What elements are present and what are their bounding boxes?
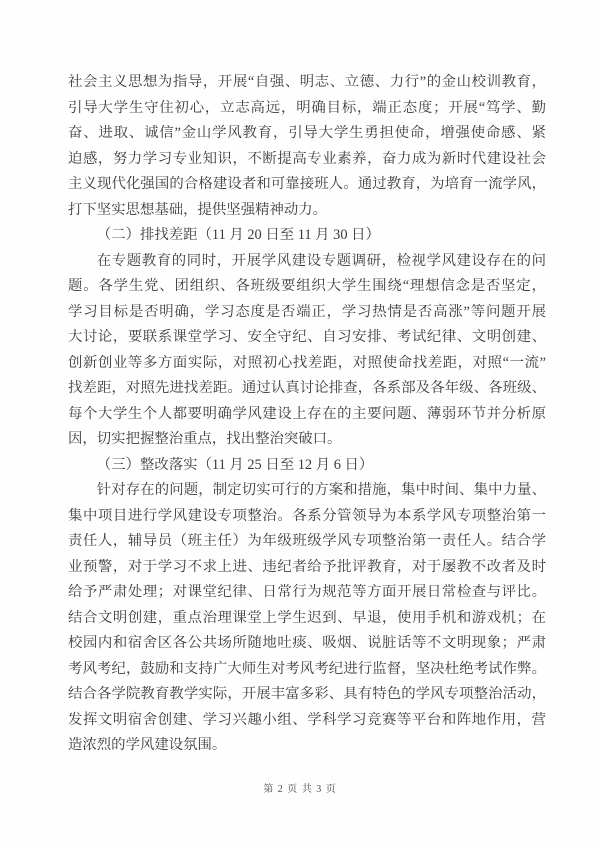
text-line: 学习目标是否明确，学习态度是否端正，学习热情是否高涨”等问题开展 [68,300,546,326]
text-line: 引导大学生守住初心，立志高远，明确目标，端正态度；开展“笃学、勤 [68,96,546,122]
text-line: 结合各学院教育教学实际，开展丰富多彩、具有特色的学风专项整治活动， [68,682,546,708]
text-line: 集中项目进行学风建设专项整治。各系分管领导为本系学风专项整治第一 [68,504,546,530]
text-line: 针对存在的问题，制定切实可行的方案和措施，集中时间、集中力量、 [68,478,546,504]
text-line: 发挥文明宿舍创建、学习兴趣小组、学科学习竞赛等平台和阵地作用，营 [68,708,546,734]
text-line: 找差距，对照先进找差距。通过认真讨论排查，各系部及各年级、各班级、 [68,376,546,402]
text-line: 每个大学生个人都要明确学风建设上存在的主要问题、薄弱环节并分析原 [68,402,546,428]
document-content: 社会主义思想为指导，开展“自强、明志、立德、力行”的金山校训教育，引导大学生守住… [68,70,546,759]
text-line: 在专题教育的同时，开展学风建设专题调研，检视学风建设存在的问 [68,249,546,275]
page-number-footer: 第 2 页 共 3 页 [0,783,600,796]
text-line: 迫感，努力学习专业知识，不断提高专业素养，奋力成为新时代建设社会 [68,147,546,173]
text-line: 考风考纪，鼓励和支持广大师生对考风考纪进行监督，坚决杜绝考试作弊。 [68,657,546,683]
text-line: 奋、进取、诚信”金山学风教育，引导大学生勇担使命，增强使命感、紧 [68,121,546,147]
text-line: 创新创业等多方面实际，对照初心找差距，对照使命找差距，对照“一流” [68,351,546,377]
text-line: 题。各学生党、团组织、各班级要组织大学生围绕“理想信念是否坚定， [68,274,546,300]
text-line: 业预警，对于学习不求上进、违纪者给予批评教育，对于屡教不改者及时 [68,555,546,581]
text-line: 结合文明创建，重点治理课堂上学生迟到、早退，使用手机和游戏机；在 [68,606,546,632]
text-line: 校园内和宿舍区各公共场所随地吐痰、吸烟、说脏话等不文明现象；严肃 [68,631,546,657]
section-heading: （二）排找差距（11 月 20 日至 11 月 30 日） [68,223,546,249]
text-line: 给予严肃处理；对课堂纪律、日常行为规范等方面开展日常检查与评比。 [68,580,546,606]
text-line: 造浓烈的学风建设氛围。 [68,733,546,759]
text-line: 大讨论，要联系课堂学习、安全守纪、自习安排、考试纪律、文明创建、 [68,325,546,351]
text-line: 主义现代化强国的合格建设者和可靠接班人。通过教育，为培育一流学风， [68,172,546,198]
document-page: 社会主义思想为指导，开展“自强、明志、立德、力行”的金山校训教育，引导大学生守住… [0,0,600,848]
text-line: 因，切实把握整治重点，找出整治突破口。 [68,427,546,453]
section-heading: （三）整改落实（11 月 25 日至 12 月 6 日） [68,453,546,479]
text-line: 社会主义思想为指导，开展“自强、明志、立德、力行”的金山校训教育， [68,70,546,96]
text-line: 打下坚实思想基础，提供坚强精神动力。 [68,198,546,224]
text-line: 责任人，辅导员（班主任）为年级班级学风专项整治第一责任人。结合学 [68,529,546,555]
